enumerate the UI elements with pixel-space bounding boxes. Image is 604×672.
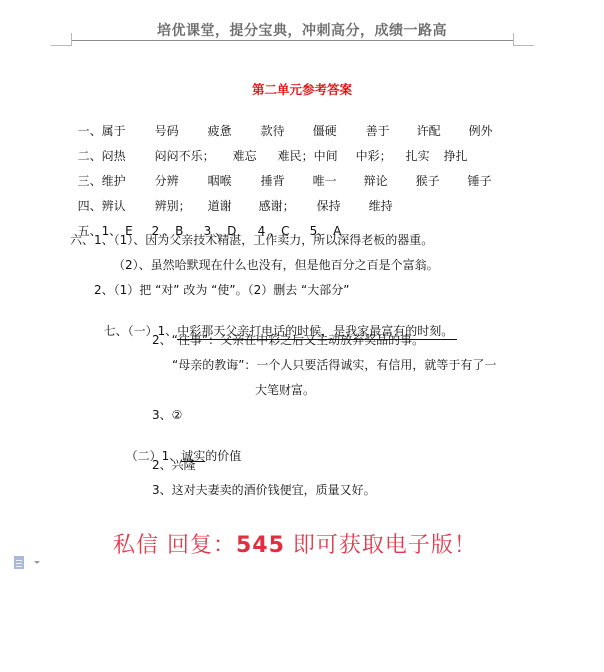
promo-before: 私信 回复： bbox=[113, 533, 236, 558]
answer-word: 维持 bbox=[369, 198, 393, 214]
promo-number: 545 bbox=[236, 533, 285, 558]
section-7-item-3: 3、② bbox=[152, 407, 182, 423]
answer-word: 锤子 bbox=[468, 173, 492, 189]
section-7-item-2-line-3: 大笔财富。 bbox=[255, 382, 315, 398]
promo-text: 私信 回复：545 即可获取电子版！ bbox=[113, 528, 477, 559]
section-6-line-2: （2）、虽然哈默现在什么也没有，但是他百分之百是个富翁。 bbox=[113, 257, 439, 273]
document-title: 第二单元参考答案 bbox=[0, 80, 604, 98]
section-6-line-3: 2、（1）把 “对” 改为 “使”。（2）删去 “大部分” bbox=[94, 282, 349, 298]
answer-word: 猴子 bbox=[416, 173, 468, 189]
section-7-item-2-line-1: 2、“往事”：父亲在中彩之后又主动放弃奖品的事。 bbox=[152, 332, 424, 348]
promo-after: 即可获取电子版！ bbox=[285, 533, 477, 558]
margin-corner-left bbox=[51, 33, 72, 46]
document-icon[interactable] bbox=[14, 556, 24, 569]
answer-rest: 的价值 bbox=[205, 449, 241, 463]
section-6-line-1: 六、1、（1）、因为父亲技术精湛，工作卖力，所以深得老板的器重。 bbox=[70, 232, 433, 248]
answer-word: 例外 bbox=[469, 123, 493, 139]
section-7-part-2-item-2: 2、兴隆 bbox=[152, 457, 196, 473]
margin-corner-right bbox=[513, 33, 534, 46]
header-divider bbox=[71, 40, 513, 41]
section-7-part-2-item-3: 3、这对夫妻卖的酒价钱便宜，质量又好。 bbox=[152, 482, 376, 498]
chevron-down-icon[interactable] bbox=[34, 561, 40, 564]
section-7-item-2-line-2: “母亲的教诲”：一个人只要活得诚实，有信用，就等于有了一 bbox=[172, 357, 496, 373]
